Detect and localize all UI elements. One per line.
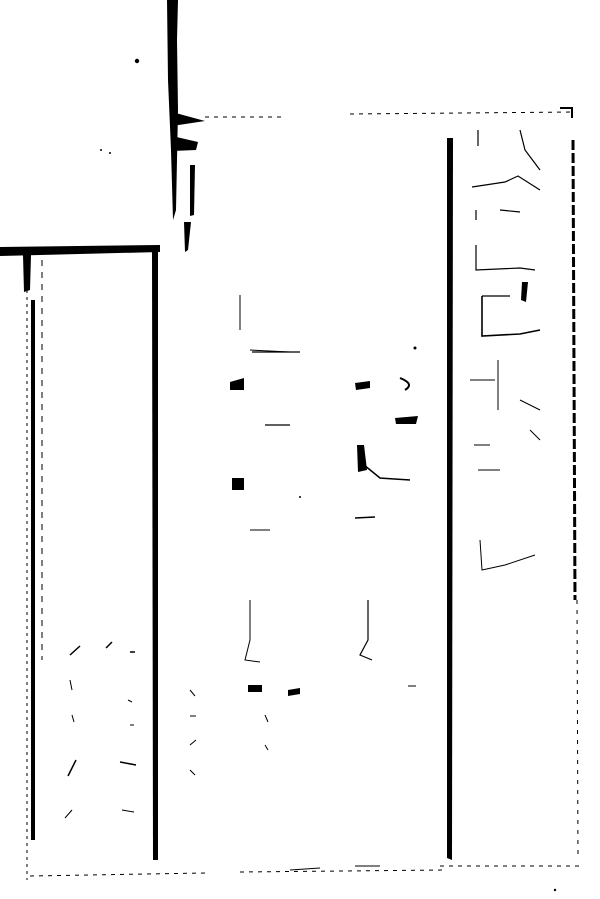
top-right-cap — [560, 108, 572, 118]
top-dashed-line — [205, 112, 575, 117]
right-column-frame — [440, 140, 582, 866]
scan-canvas — [0, 0, 600, 899]
center-marks — [190, 295, 418, 870]
top-vertical-stroke — [167, 0, 205, 252]
left-panel-frame — [0, 245, 205, 880]
left-panel-marks — [65, 642, 136, 818]
right-column-sketch — [470, 130, 540, 570]
center-panel-frame — [240, 138, 453, 872]
specks — [100, 59, 556, 891]
